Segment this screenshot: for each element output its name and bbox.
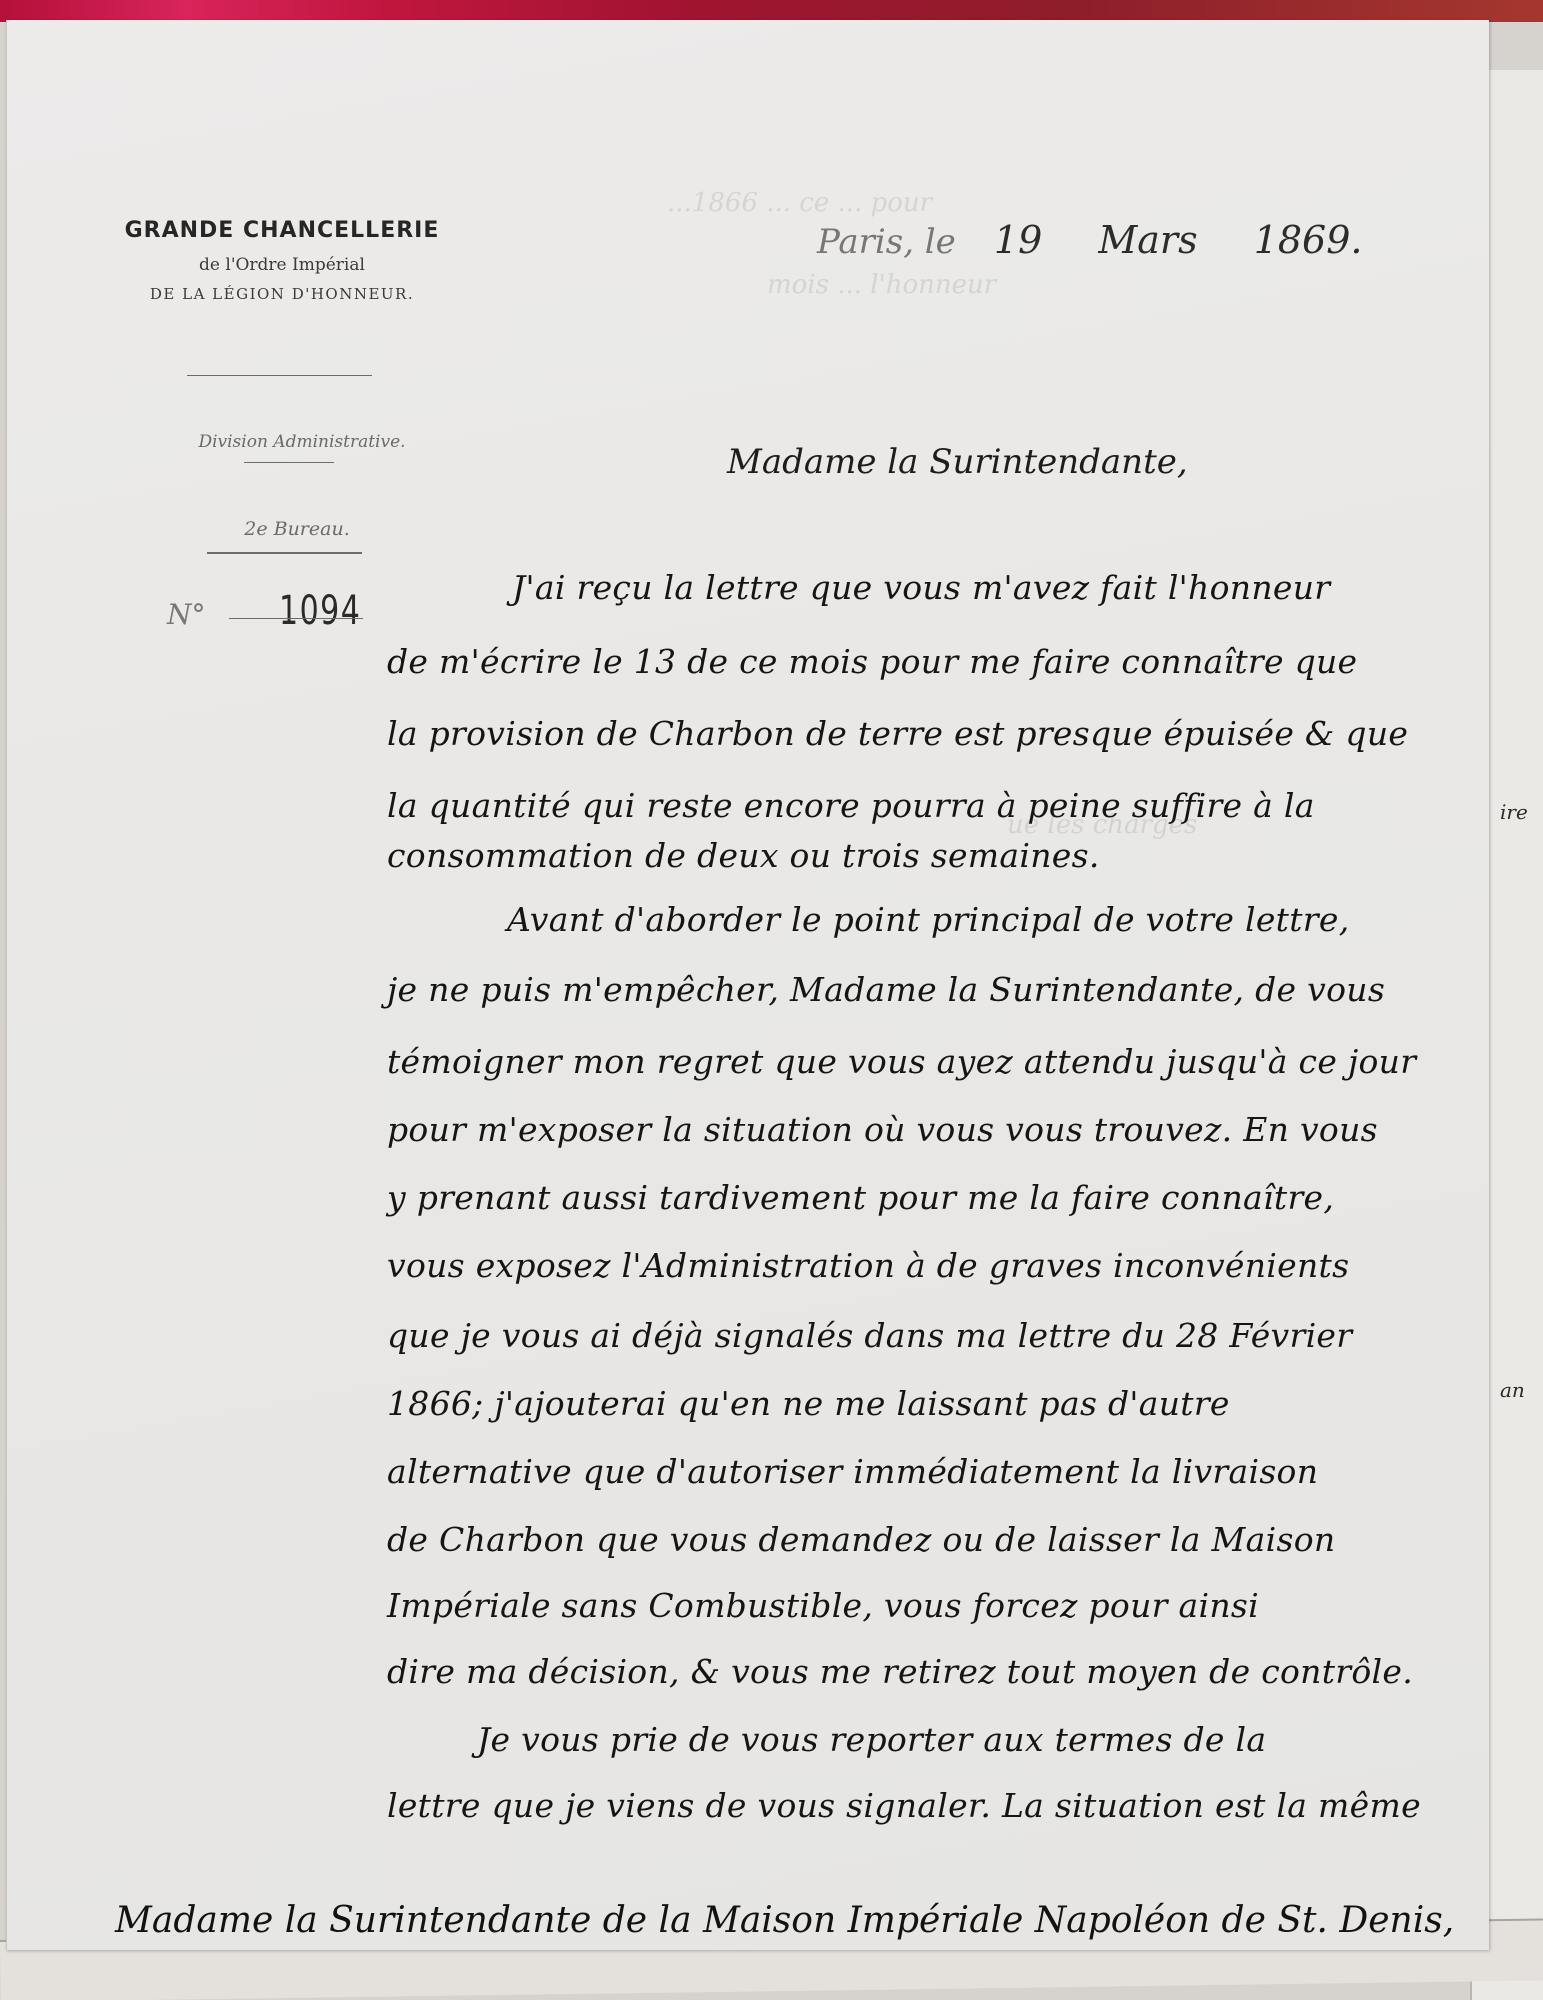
date-day: 19 <box>994 218 1042 262</box>
number-label: N° <box>167 598 206 631</box>
body-line: témoigner mon regret que vous ayez atten… <box>387 1042 1416 1081</box>
body-line: que je vous ai déjà signalés dans ma let… <box>387 1316 1352 1355</box>
body-line: la provision de Charbon de terre est pre… <box>387 714 1408 753</box>
body-line: J'ai reçu la lettre que vous m'avez fait… <box>512 568 1330 607</box>
body-line: 1866; j'ajouterai qu'en ne me laissant p… <box>387 1384 1230 1423</box>
letterhead-order: de l'Ordre Impérial <box>97 255 467 275</box>
body-line: Impériale sans Combustible, vous forcez … <box>387 1586 1259 1625</box>
body-line: pour m'exposer la situation où vous vous… <box>387 1110 1378 1149</box>
back-fragment: an <box>1500 1378 1525 1402</box>
body-line: je ne puis m'empêcher, Madame la Surinte… <box>387 970 1385 1009</box>
letterhead: GRANDE CHANCELLERIE de l'Ordre Impérial … <box>97 218 467 303</box>
body-line: Je vous prie de vous reporter aux termes… <box>477 1720 1266 1759</box>
division-label: Division Administrative. <box>157 432 447 452</box>
divider <box>244 462 334 463</box>
body-line: dire ma décision, & vous me retirez tout… <box>387 1652 1413 1691</box>
body-line: alternative que d'autoriser immédiatemen… <box>387 1452 1318 1491</box>
date-year: 1869. <box>1254 218 1363 262</box>
recipient-address: Madame la Surintendante de la Maison Imp… <box>115 1900 1454 1941</box>
number-underline <box>229 618 363 619</box>
body-line: vous exposez l'Administration à de grave… <box>387 1246 1349 1285</box>
letter-page: ...1866 ... ce ... pour mois ... l'honne… <box>6 20 1489 1950</box>
date-month: Mars <box>1098 218 1197 262</box>
back-fragment: ire <box>1500 800 1528 824</box>
body-line: lettre que je viens de vous signaler. La… <box>387 1786 1421 1825</box>
reference-number: 1094 <box>279 588 361 634</box>
body-line: de m'écrire le 13 de ce mois pour me fai… <box>387 642 1357 681</box>
divider <box>207 552 362 554</box>
background-red-fabric <box>0 0 1543 22</box>
letterhead-legion: DE LA LÉGION D'HONNEUR. <box>97 285 467 303</box>
date-place: Paris, le <box>817 222 956 262</box>
dateline: Paris, le 19 Mars 1869. <box>817 218 1362 262</box>
letterhead-title: GRANDE CHANCELLERIE <box>97 218 467 243</box>
salutation: Madame la Surintendante, <box>727 442 1188 482</box>
body-line: consommation de deux ou trois semaines. <box>387 836 1100 875</box>
bureau-label: 2e Bureau. <box>157 518 437 540</box>
body-line: Avant d'aborder le point principal de vo… <box>507 900 1350 939</box>
body-line: y prenant aussi tardivement pour me la f… <box>387 1178 1334 1217</box>
body-line: de Charbon que vous demandez ou de laiss… <box>387 1520 1335 1559</box>
body-line: la quantité qui reste encore pourra à pe… <box>387 786 1315 825</box>
divider <box>187 375 372 376</box>
